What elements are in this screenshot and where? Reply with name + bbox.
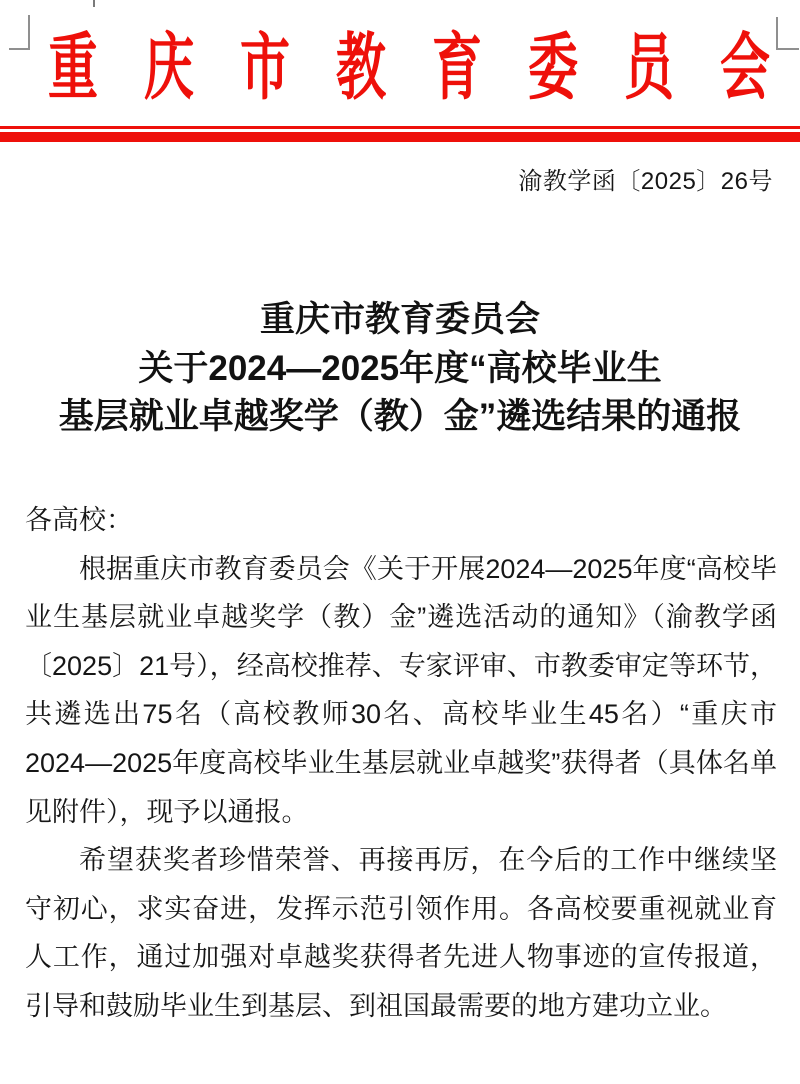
masthead-character: 会	[720, 32, 770, 105]
top-edge-tick-mark	[93, 0, 95, 7]
document-title: 重庆市教育委员会 关于2024—2025年度“高校毕业生 基层就业卓越奖学（教）…	[0, 296, 800, 442]
masthead-character: 育	[432, 32, 482, 105]
masthead-character: 教	[336, 32, 386, 105]
body-paragraph-1: 根据重庆市教育委员会《关于开展2024—2025年度“高校毕业生基层就业卓越奖学…	[25, 545, 777, 837]
title-line-2: 关于2024—2025年度“高校毕业生	[0, 345, 800, 394]
title-line-3: 基层就业卓越奖学（教）金”遴选结果的通报	[0, 393, 800, 442]
red-rule-thick-line	[0, 132, 800, 142]
red-separator-rule	[0, 126, 800, 142]
corner-crop-mark-top-right	[776, 17, 799, 50]
document-number: 渝教学函〔2025〕26号	[518, 161, 773, 196]
masthead-character: 员	[624, 32, 674, 105]
corner-crop-mark-top-left	[9, 15, 30, 50]
salutation: 各高校：	[25, 496, 777, 545]
document-body: 各高校： 根据重庆市教育委员会《关于开展2024—2025年度“高校毕业生基层就…	[25, 496, 777, 1031]
body-paragraph-2: 希望获奖者珍惜荣誉、再接再厉，在今后的工作中继续坚守初心，求实奋进，发挥示范引领…	[25, 836, 777, 1030]
document-page: 重庆市教育委员会 渝教学函〔2025〕26号 重庆市教育委员会 关于2024—2…	[0, 0, 800, 1084]
masthead-character: 市	[240, 32, 290, 105]
masthead-character: 重	[48, 32, 98, 105]
agency-masthead: 重庆市教育委员会	[48, 30, 770, 106]
masthead-character: 委	[528, 32, 578, 105]
masthead-character: 庆	[144, 32, 194, 105]
title-line-1: 重庆市教育委员会	[0, 296, 800, 345]
